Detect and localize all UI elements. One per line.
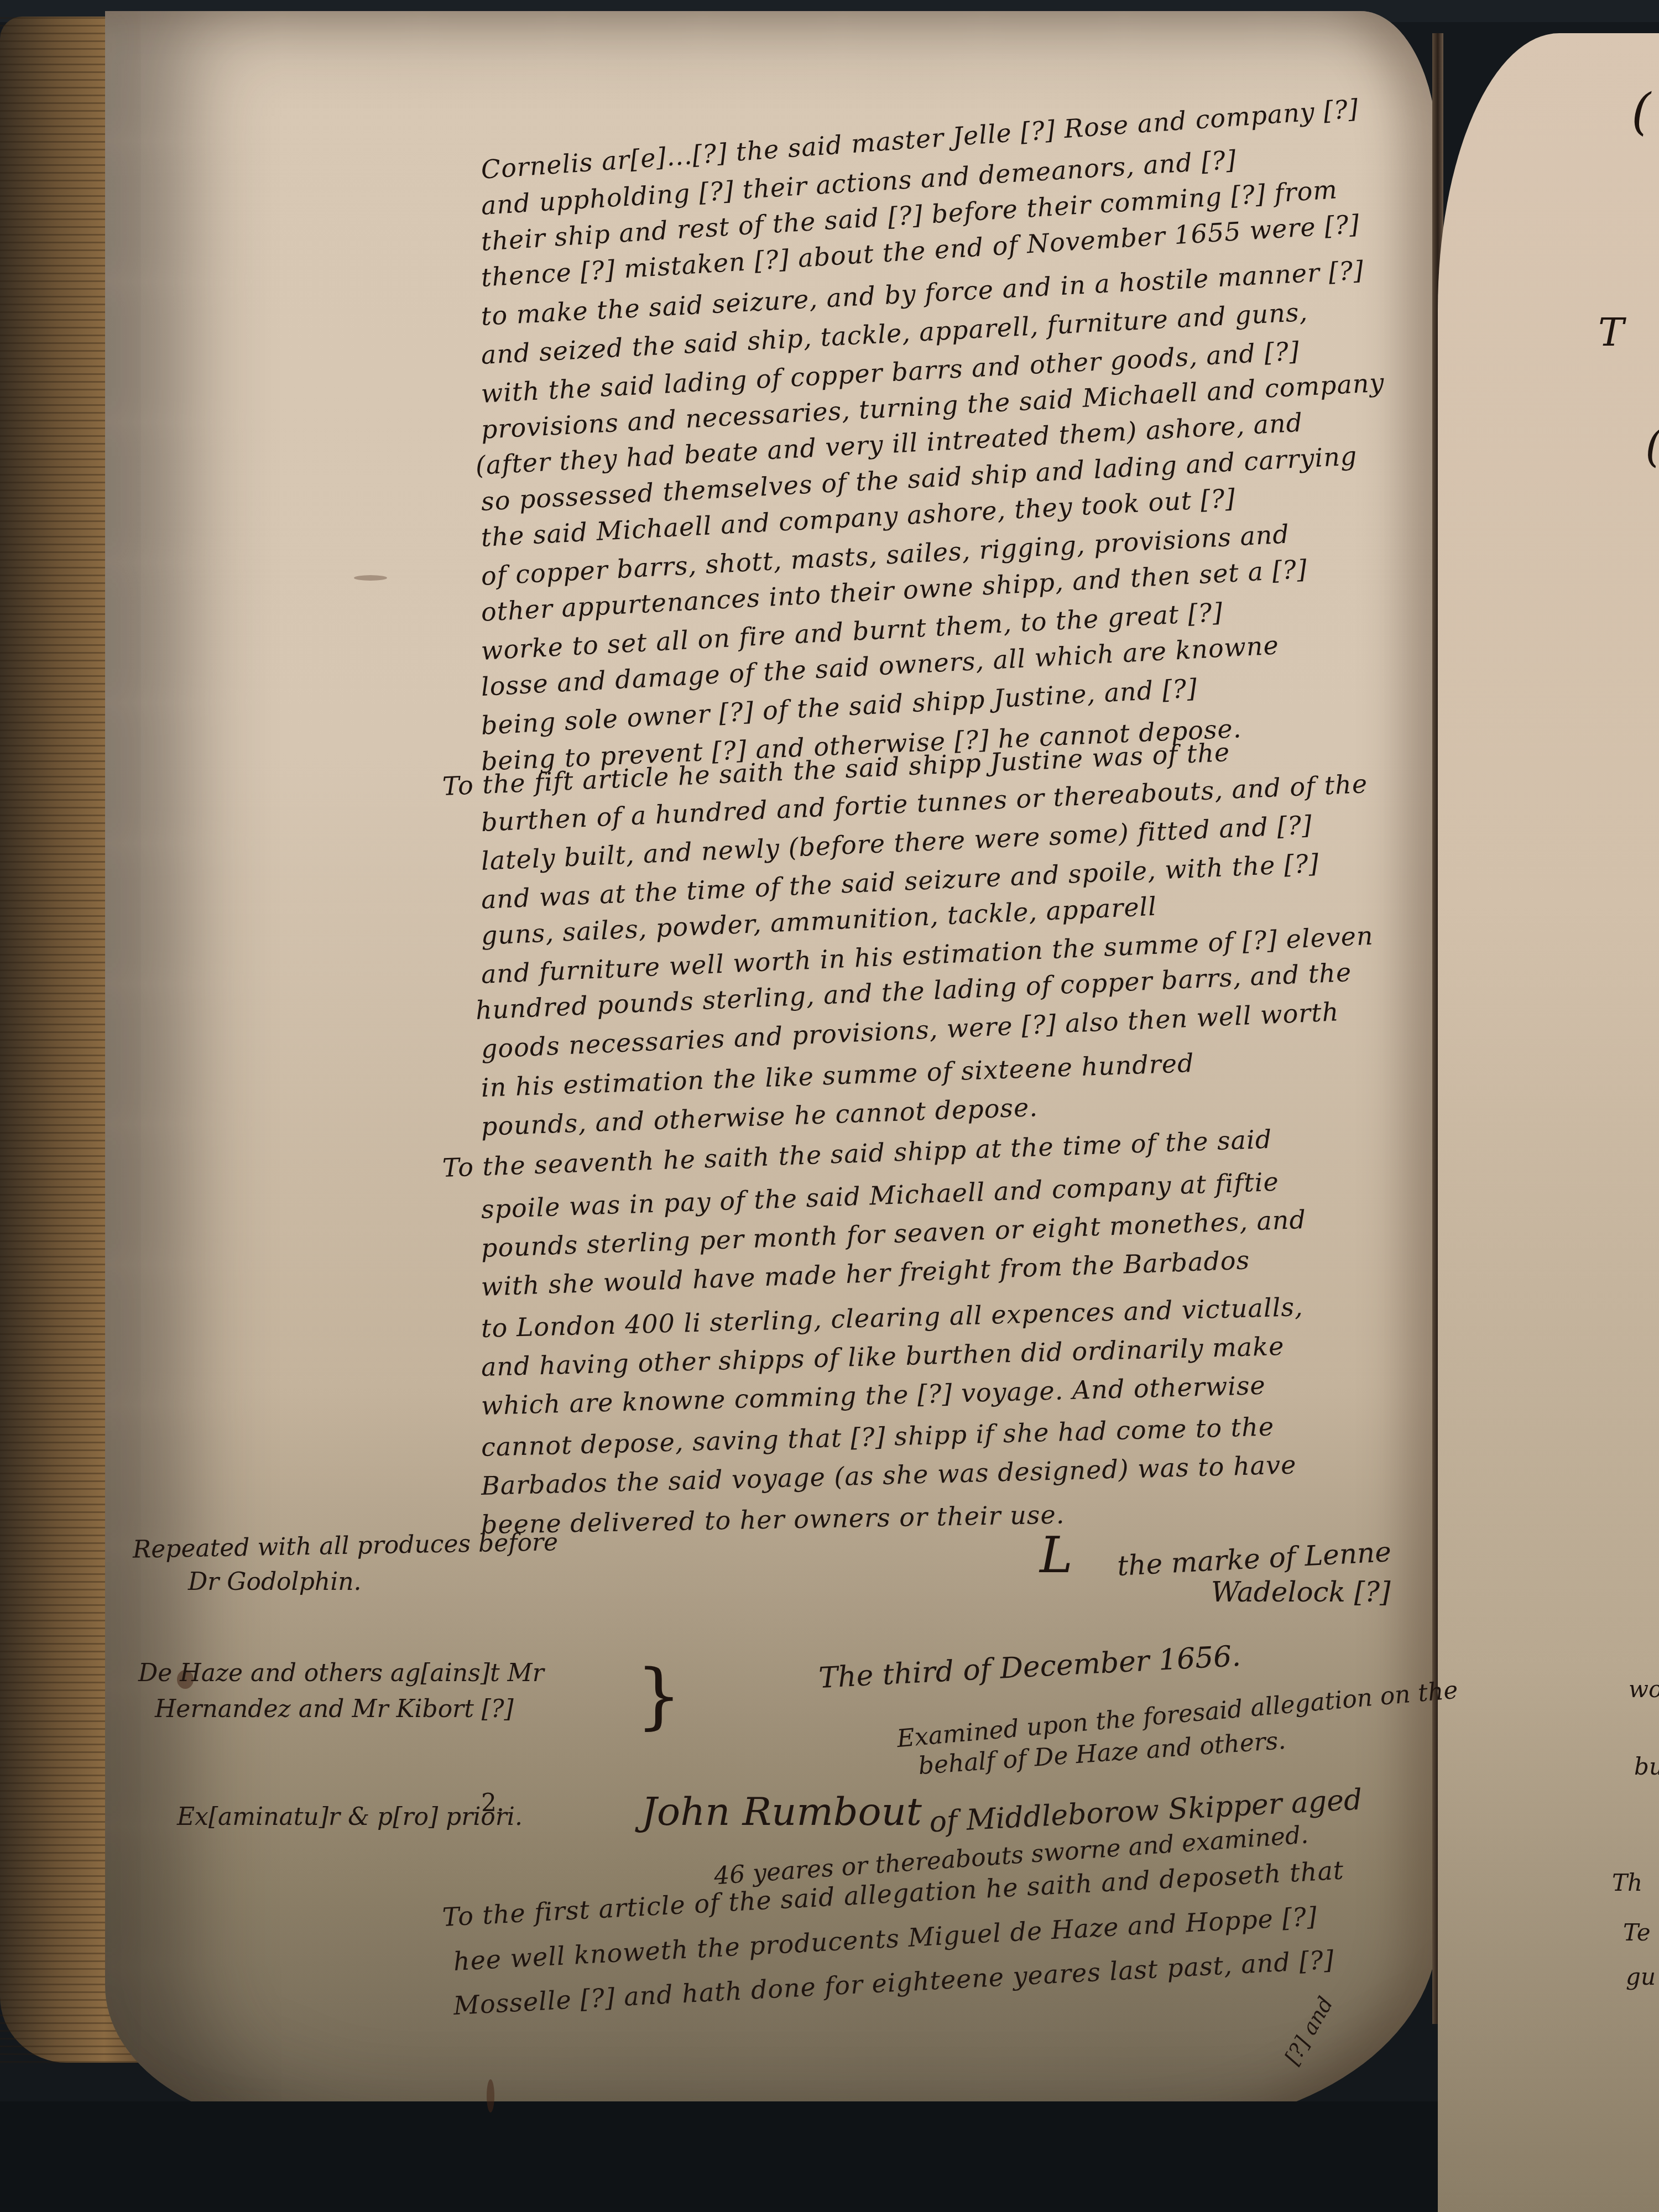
margin-text: Hernandez and Mr Kibort [?] [155, 1695, 514, 1723]
signature-name: Wadelock [?] [1211, 1576, 1391, 1608]
brace-symbol: } [636, 1653, 682, 1738]
fragment-text: T [1598, 310, 1624, 355]
witness-name: John Rumbout [641, 1789, 922, 1834]
margin-text: Ex[aminatu]r & p[ro] priori. [177, 1803, 523, 1831]
fragment-text: bu [1634, 1753, 1659, 1780]
background-bottom [0, 2101, 1438, 2212]
mark-symbol: L [1040, 1526, 1073, 1584]
fragment-text: Th [1612, 1869, 1642, 1896]
fragment-text: Te [1623, 1919, 1651, 1946]
ink-blot [487, 2079, 494, 2112]
margin-text: Dr Godolphin. [188, 1568, 362, 1596]
fragment-text: ( [1645, 420, 1659, 472]
margin-text: De Haze and others ag[ains]t Mr [138, 1659, 544, 1687]
witness-number: 2. [481, 1789, 504, 1817]
fragment-text: ( [1631, 83, 1651, 141]
ink-stain [354, 575, 387, 581]
fragment-text: gu [1626, 1963, 1656, 1990]
fragment-text: wo [1629, 1676, 1659, 1703]
